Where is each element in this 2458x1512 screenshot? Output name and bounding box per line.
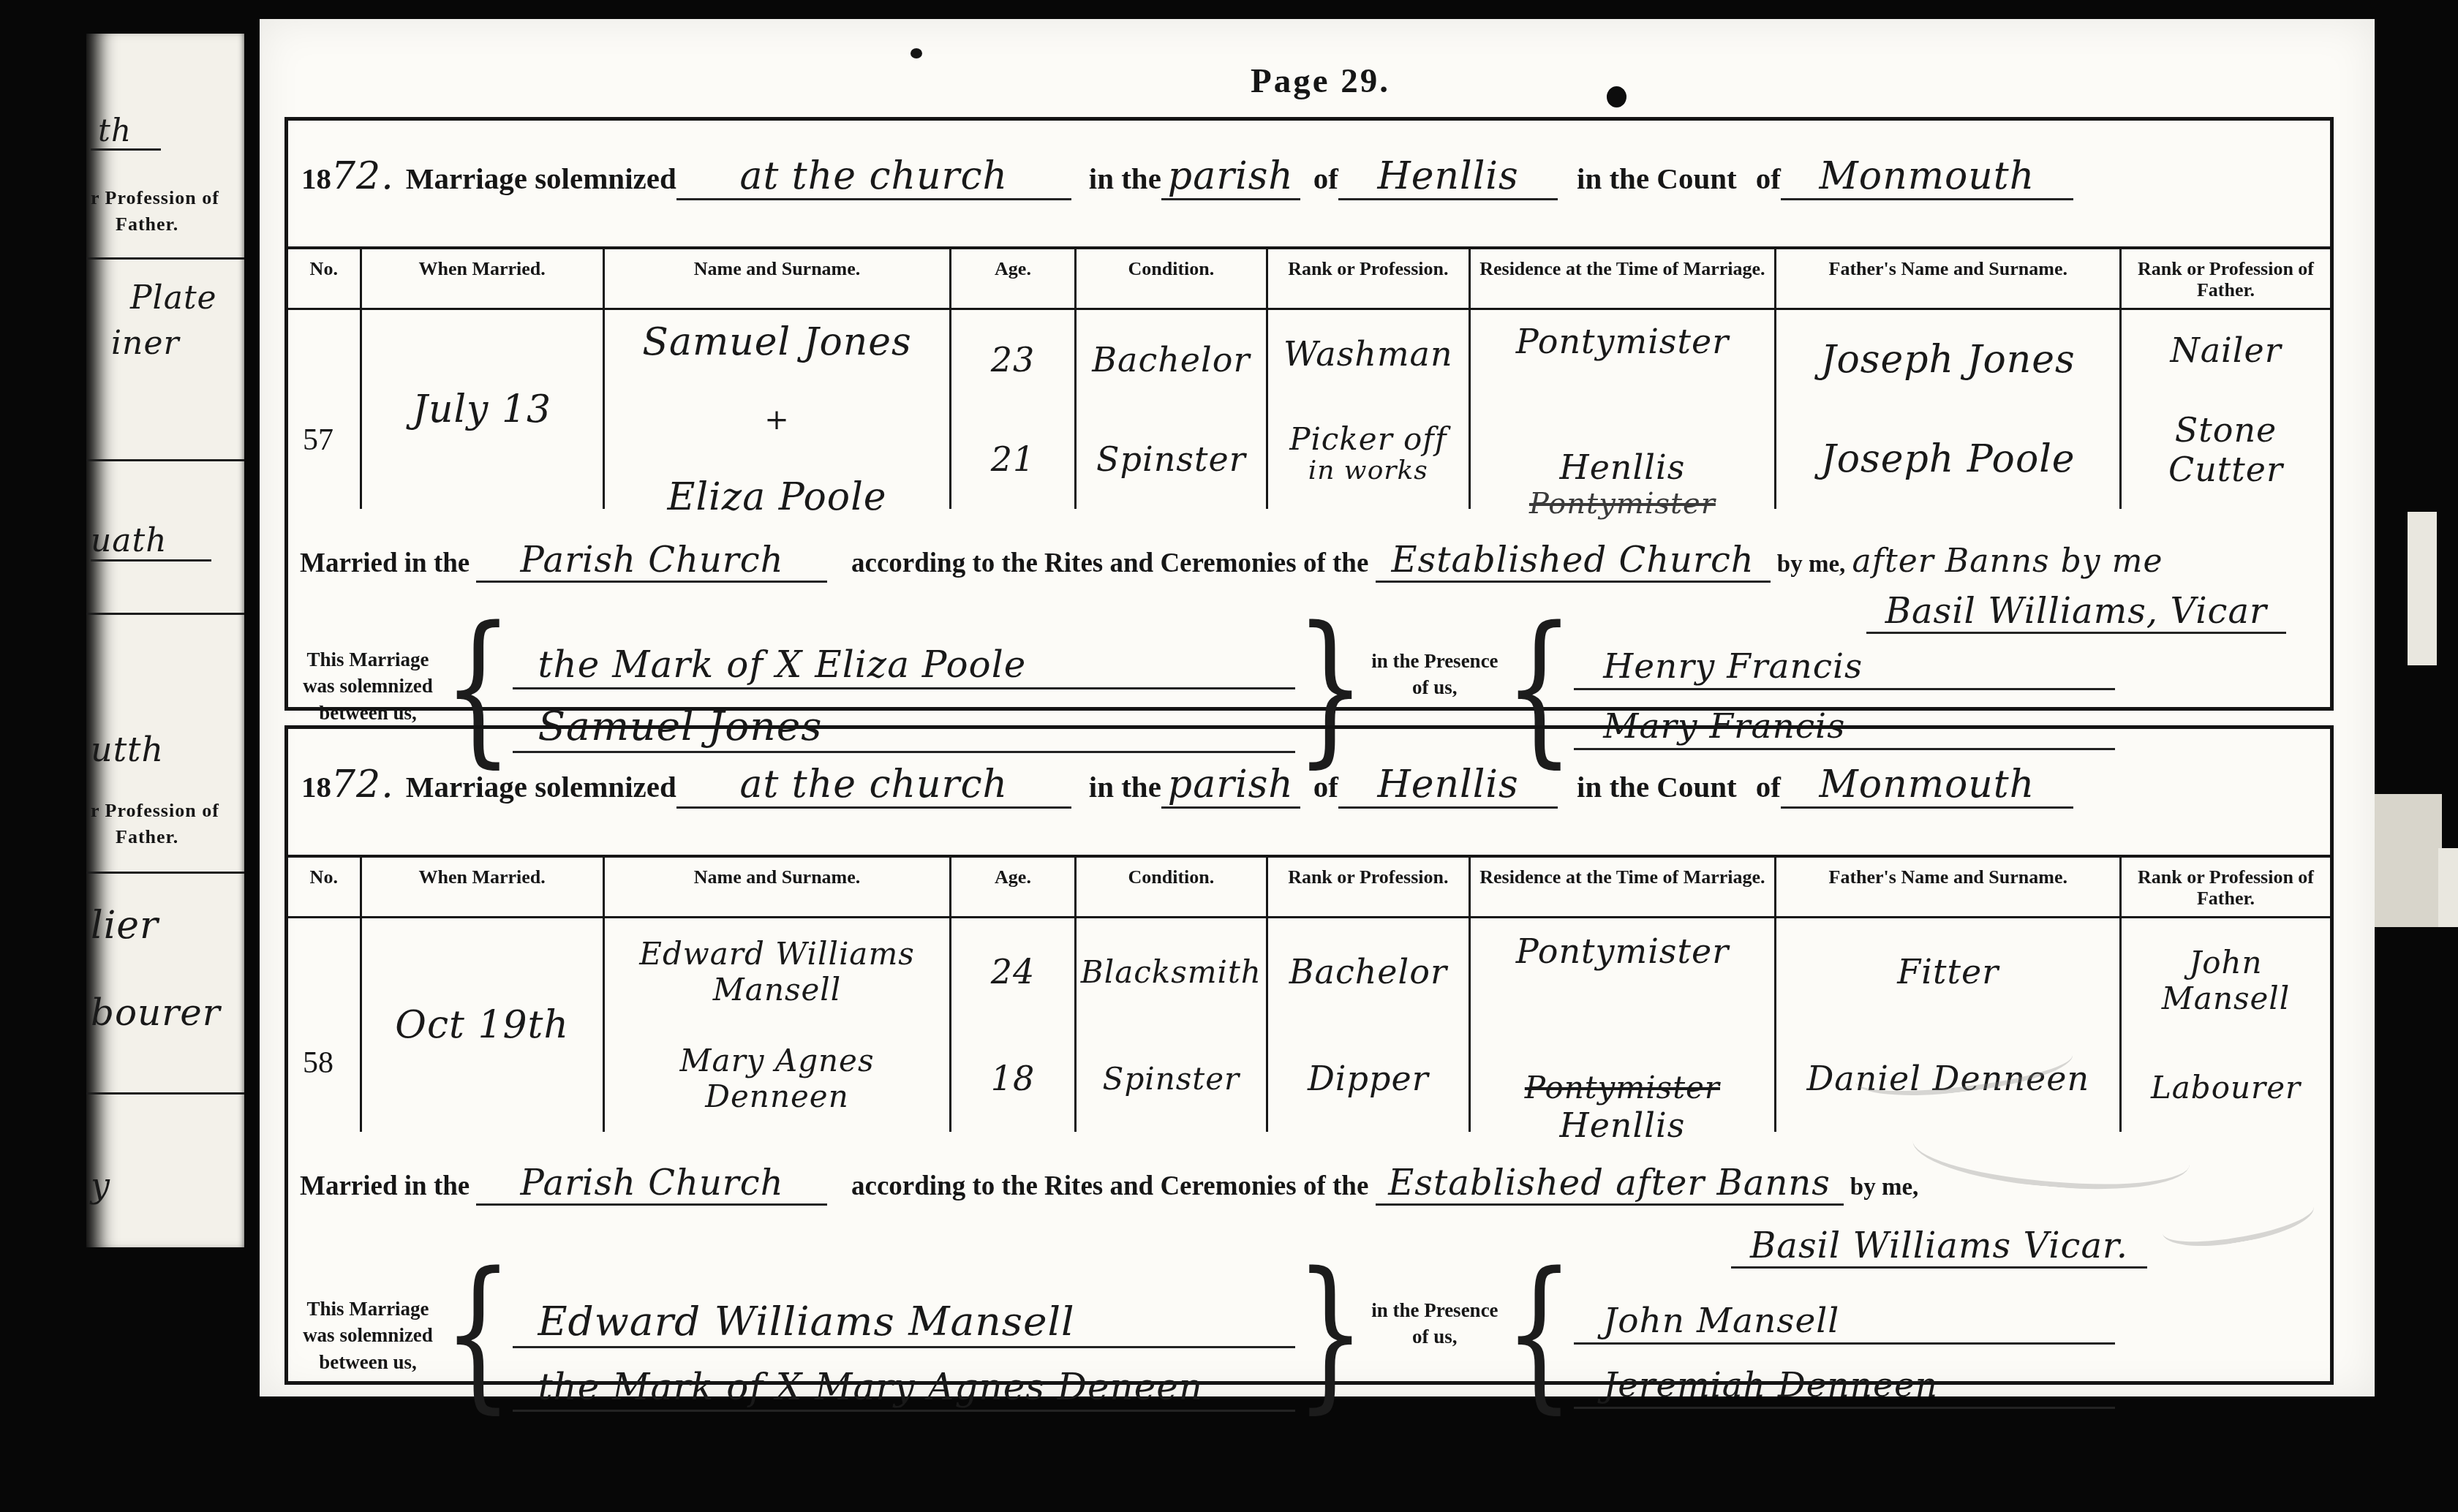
col-father-name: Father's Name and Surname. <box>1776 249 2122 308</box>
cell-when-married: Oct 19th <box>362 918 605 1132</box>
register-page: Page 29. 1872. Marriage solemnized at th… <box>260 19 2375 1396</box>
by-me-label: by me, <box>1850 1174 1919 1201</box>
col-residence: Residence at the Time of Marriage. <box>1471 249 1777 308</box>
place-handwritten: at the church <box>676 154 1071 200</box>
place-handwritten: at the church <box>676 763 1071 809</box>
vicar-signature: Basil Williams Vicar. <box>1731 1225 2147 1269</box>
cell-conditions: Bachelor Spinster <box>1077 310 1268 509</box>
groom-father-profession: Nailer <box>2122 330 2330 370</box>
groom-profession: Bachelor <box>1268 952 1468 991</box>
strip-rule <box>86 613 244 615</box>
solemnized-label: Marriage solemnized <box>406 769 676 804</box>
solemnized-between-label: This Marriage was solemnized between us, <box>293 1279 443 1430</box>
church-handwritten: Parish Church <box>476 1163 827 1206</box>
groom-name: Samuel Jones <box>605 320 950 364</box>
married-in-label: Married in the <box>300 548 470 578</box>
scan-edge-notch <box>2375 794 2442 927</box>
groom-father-name: Joseph Jones <box>1776 338 2119 382</box>
col-name-surname: Name and Surname. <box>605 249 952 308</box>
bride-age: 21 <box>951 439 1074 479</box>
rites-label: according to the Rites and Ceremonies of… <box>851 1171 1368 1201</box>
cell-father-professions: John Mansell Labourer <box>2122 918 2330 1132</box>
strip-fragment: r Profession of <box>91 187 219 209</box>
bride-father-profession: Stone Cutter <box>2122 410 2330 489</box>
groom-condition: Bachelor <box>1077 340 1266 379</box>
church-handwritten: Parish Church <box>476 540 827 583</box>
record-57-header-line: 1872. Marriage solemnized at the church … <box>288 121 2330 246</box>
bride-father-name: Joseph Poole <box>1776 437 2119 481</box>
col-age: Age. <box>951 858 1076 916</box>
col-condition: Condition. <box>1077 858 1268 916</box>
groom-age: 23 <box>951 340 1074 379</box>
rites-handwritten: Established Church <box>1376 540 1771 583</box>
bride-signature-mark: the Mark of X Eliza Poole <box>513 643 1295 689</box>
record-57-entry-row: 57 July 13 Samuel Jones + Eliza Poole 23… <box>288 310 2330 509</box>
cell-father-names: Fitter Daniel Denneen <box>1776 918 2122 1132</box>
county-label: in the Count <box>1577 161 1737 196</box>
col-rank-profession: Rank or Profession. <box>1268 249 1470 308</box>
col-father-rank: Rank or Profession of Father. <box>2122 858 2330 916</box>
bride-profession-line1: Picker off <box>1268 421 1468 457</box>
groom-signature: Edward Williams Mansell <box>513 1298 1295 1348</box>
strip-fragment: bourer <box>91 991 221 1034</box>
cell-ages: 24 18 <box>951 918 1076 1132</box>
strip-fragment: Plate <box>130 279 217 317</box>
groom-father-name: Fitter <box>1776 952 2119 991</box>
previous-page-edge: th r Profession of Father. Plate iner ua… <box>86 34 244 1247</box>
year-printed: 18 <box>301 769 331 804</box>
cell-residences: Pontymister Pontymister Henllis <box>1471 918 1777 1132</box>
witness-2-signature: Jeremiah Denneen <box>1574 1365 2115 1409</box>
cell-father-names: Joseph Jones Joseph Poole <box>1776 310 2122 509</box>
cell-ages: 23 21 <box>951 310 1076 509</box>
ink-dot <box>1607 86 1626 107</box>
bride-profession-line1: Dipper <box>1268 1059 1468 1098</box>
col-rank-profession: Rank or Profession. <box>1268 858 1470 916</box>
cell-professions: Bachelor Dipper <box>1268 918 1470 1132</box>
open-brace-witness: { <box>1504 1251 1574 1466</box>
col-no: No. <box>288 249 362 308</box>
cell-names: Edward Williams Mansell Mary Agnes Denne… <box>605 918 952 1132</box>
by-me-label: by me, <box>1777 551 1846 578</box>
record-58-column-headers: No. When Married. Name and Surname. Age.… <box>288 855 2330 918</box>
bride-profession-line2: in works <box>1268 457 1468 485</box>
record-58-entry-row: 58 Oct 19th Edward Williams Mansell Mary… <box>288 918 2330 1132</box>
of-label: of <box>1313 161 1338 196</box>
district-handwritten: parish <box>1161 763 1300 809</box>
strip-fragment: lier <box>91 904 159 948</box>
after-banns-handwritten: after Banns by me <box>1852 543 2163 580</box>
of-label-2: of <box>1756 161 1781 196</box>
record-57-column-headers: No. When Married. Name and Surname. Age.… <box>288 246 2330 310</box>
page-number-label: Page 29. <box>1251 61 1390 101</box>
record-58-header-line: 1872. Marriage solemnized at the church … <box>288 729 2330 855</box>
strip-fragment: utth <box>91 730 164 769</box>
col-when-married: When Married. <box>362 249 605 308</box>
marriage-date: July 13 <box>362 388 603 431</box>
scan-edge-notch <box>2408 512 2437 665</box>
marriage-date: Oct 19th <box>362 1003 603 1047</box>
record-58-signature-block: This Marriage was solemnized between us,… <box>288 1250 2330 1430</box>
county-label: in the Count <box>1577 769 1737 804</box>
cell-father-professions: Nailer Stone Cutter <box>2122 310 2330 509</box>
bride-condition: Spinster <box>1077 1061 1266 1097</box>
groom-condition: Blacksmith <box>1077 954 1266 990</box>
of-label-2: of <box>1756 769 1781 804</box>
rites-label: according to the Rites and Ceremonies of… <box>851 548 1368 578</box>
county-handwritten: Monmouth <box>1781 154 2073 200</box>
parish-handwritten: Henllis <box>1338 154 1558 200</box>
parish-handwritten: Henllis <box>1338 763 1558 809</box>
year-handwritten: 72. <box>331 154 394 198</box>
scan-edge-notch <box>2438 848 2458 927</box>
witness-1-signature: John Mansell <box>1574 1301 2115 1345</box>
cell-no: 57 <box>288 310 362 509</box>
groom-profession: Washman <box>1268 334 1468 374</box>
col-when-married: When Married. <box>362 858 605 916</box>
solemnized-label: Marriage solemnized <box>406 161 676 196</box>
col-no: No. <box>288 858 362 916</box>
district-handwritten: parish <box>1161 154 1300 200</box>
strip-rule <box>86 1092 244 1095</box>
strip-rule <box>86 872 244 874</box>
bride-age: 18 <box>951 1059 1074 1098</box>
marriage-record-57: 1872. Marriage solemnized at the church … <box>284 117 2334 711</box>
struck-residence: Pontymister <box>1471 1070 1775 1105</box>
year-printed: 18 <box>301 161 331 196</box>
strip-rule <box>86 257 244 260</box>
witness-1-signature: Henry Francis <box>1574 646 2115 690</box>
col-father-name: Father's Name and Surname. <box>1776 858 2122 916</box>
bride-name: Mary Agnes Denneen <box>605 1043 950 1114</box>
entry-number: 57 <box>303 423 333 458</box>
of-label: of <box>1313 769 1338 804</box>
strip-fragment: Father. <box>116 213 178 235</box>
col-name-surname: Name and Surname. <box>605 858 952 916</box>
close-brace: } <box>1295 1251 1365 1466</box>
rites-handwritten: Established after Banns <box>1376 1163 1844 1206</box>
open-brace: { <box>443 1251 513 1466</box>
col-father-rank: Rank or Profession of Father. <box>2122 249 2330 308</box>
scanned-register-page: th r Profession of Father. Plate iner ua… <box>0 0 2458 1512</box>
ink-mark <box>911 48 922 58</box>
bride-signature-mark: the Mark of X Mary Agnes Deneen <box>513 1366 1295 1412</box>
bride-residence: Henllis <box>1471 447 1775 487</box>
cell-when-married: July 13 <box>362 310 605 509</box>
cell-names: Samuel Jones + Eliza Poole <box>605 310 952 509</box>
bride-condition: Spinster <box>1077 439 1266 479</box>
cell-conditions: Blacksmith Spinster <box>1077 918 1268 1132</box>
cell-residences: Pontymister Henllis Pontymister <box>1471 310 1777 509</box>
col-residence: Residence at the Time of Marriage. <box>1471 858 1777 916</box>
signatures: Edward Williams Mansell the Mark of X Ma… <box>513 1279 1295 1430</box>
county-handwritten: Monmouth <box>1781 763 2073 809</box>
groom-residence: Pontymister <box>1471 931 1775 971</box>
married-in-label: Married in the <box>300 1171 470 1201</box>
presence-label: in the Presence of us, <box>1365 1279 1504 1430</box>
strip-fragment: y <box>91 1165 110 1205</box>
groom-name: Edward Williams Mansell <box>605 936 950 1008</box>
entry-number: 58 <box>303 1046 333 1081</box>
col-age: Age. <box>951 249 1076 308</box>
vicar-signature: Basil Williams, Vicar <box>1866 591 2286 634</box>
strip-rule <box>86 459 244 461</box>
year-handwritten: 72. <box>331 763 394 806</box>
strip-fragment: uath <box>91 522 211 562</box>
witness-signatures: John Mansell Jeremiah Denneen <box>1574 1279 2115 1430</box>
cell-professions: Washman Picker off in works <box>1268 310 1470 509</box>
groom-residence: Pontymister <box>1471 322 1775 361</box>
strip-fragment: r Profession of <box>91 800 219 822</box>
in-the-label: in the <box>1089 769 1161 804</box>
groom-age: 24 <box>951 952 1074 991</box>
in-the-label: in the <box>1089 161 1161 196</box>
col-condition: Condition. <box>1077 249 1268 308</box>
groom-father-profession: John Mansell <box>2122 945 2330 1016</box>
bride-father-profession: Labourer <box>2122 1070 2330 1105</box>
name-join-mark: + <box>605 403 950 436</box>
strip-fragment: th <box>91 113 161 151</box>
cell-no: 58 <box>288 918 362 1132</box>
strip-fragment: iner <box>111 325 179 362</box>
strip-fragment: Father. <box>116 826 178 848</box>
